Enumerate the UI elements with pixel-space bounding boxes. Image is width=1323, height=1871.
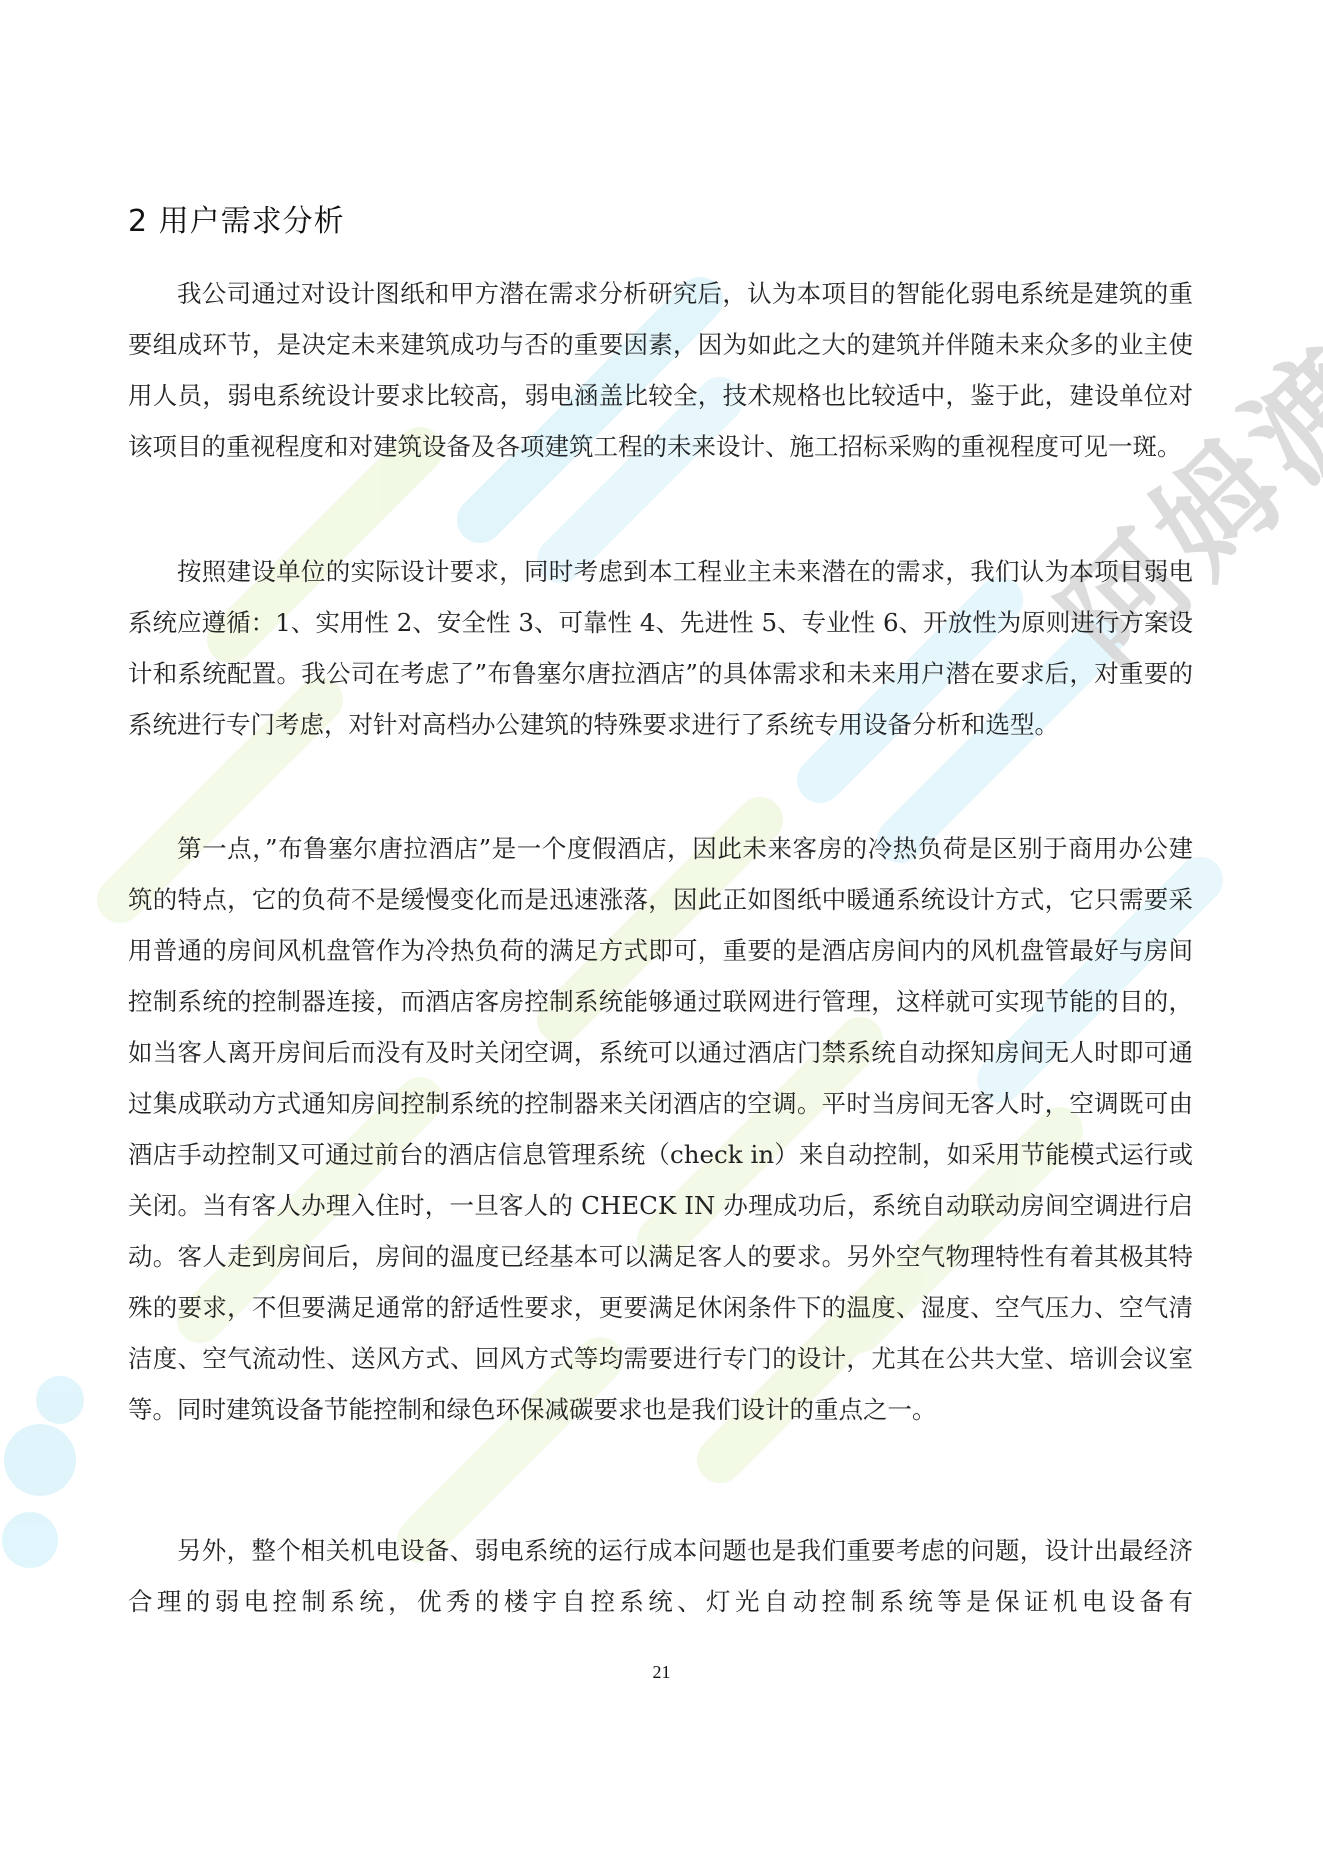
document-page: 阿姆渡 2 用户需求分析 我公司通过对设计图纸和甲方潜在需求分析研究后，认为本项… — [0, 0, 1323, 1871]
paragraph-3: 第一点，”布鲁塞尔唐拉酒店”是一个度假酒店，因此未来客房的冷热负荷是区别于商用办… — [128, 823, 1193, 1435]
paragraph-4: 另外，整个相关机电设备、弱电系统的运行成本问题也是我们重要考虑的问题，设计出最经… — [128, 1525, 1193, 1627]
section-heading: 2 用户需求分析 — [128, 196, 345, 240]
paragraph-1: 我公司通过对设计图纸和甲方潜在需求分析研究后，认为本项目的智能化弱电系统是建筑的… — [128, 268, 1193, 472]
page-number: 21 — [0, 1662, 1323, 1683]
paragraph-2: 按照建设单位的实际设计要求，同时考虑到本工程业主未来潜在的需求，我们认为本项目弱… — [128, 546, 1193, 750]
